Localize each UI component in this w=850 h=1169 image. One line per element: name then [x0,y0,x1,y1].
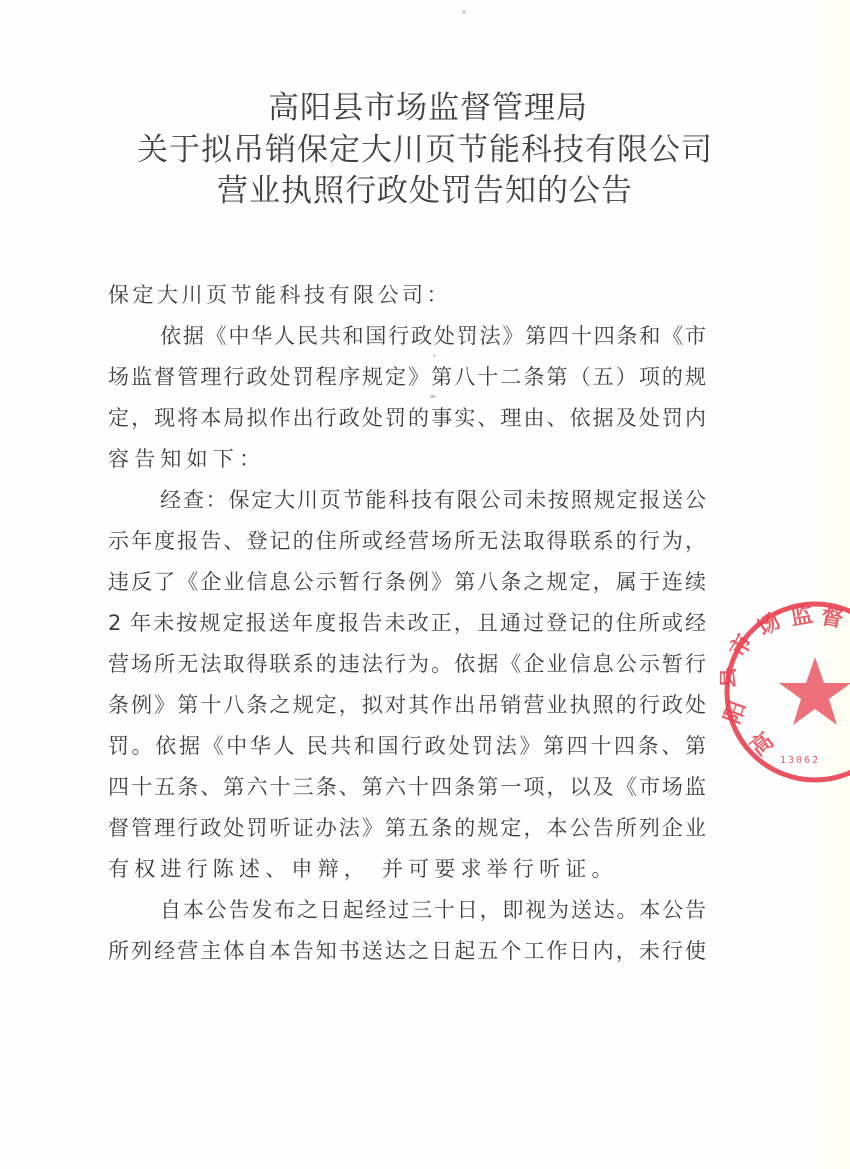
svg-text:市: 市 [726,630,759,662]
paragraph-1-line-1: 依据《中华人民共和国行政处罚法》第四十四条和《市 [108,316,706,357]
official-seal: 高 阳 县 市 场 监 督 13062 [720,597,850,787]
paragraph-2-line-2: 示年度报告、登记的住所或经营场所无法取得联系的行为， [108,521,706,562]
paragraph-2-line-7: 罚。依据《中华人 民共和国行政处罚法》第四十四条、第 [108,726,706,767]
addressee: 保定大川页节能科技有限公司： [108,275,706,316]
paragraph-3-line-2: 所列经营主体自本告知书送达之日起五个工作日内，未行使 [108,931,706,972]
paragraph-2-line-1: 经查：保定大川页节能科技有限公司未按照规定报送公 [108,480,706,521]
paragraph-2-line-6: 条例》第十八条之规定，拟对其作出吊销营业执照的行政处 [108,685,706,726]
svg-text:县: 县 [720,667,740,689]
paragraph-1-line-4: 容告知如下： [108,439,706,480]
document-body: 保定大川页节能科技有限公司： 依据《中华人民共和国行政处罚法》第四十四条和《市 … [108,275,708,972]
paragraph-2-line-4: 2 年未按规定报送年度报告未改正，且通过登记的住所或经 [108,603,706,644]
svg-text:阳: 阳 [720,698,751,727]
seal-number: 13062 [780,755,820,766]
svg-text:高: 高 [745,728,779,762]
svg-text:督: 督 [819,603,845,632]
scan-speck [462,10,466,14]
svg-text:场: 场 [753,609,785,642]
paragraph-2-line-5: 营场所无法取得联系的违法行为。依据《企业信息公示暂行 [108,644,706,685]
star-icon [779,657,850,725]
paragraph-2-line-10: 有权进行陈述、申辩， 并可要求举行听证。 [108,849,706,890]
paragraph-2-line-8: 四十五条、第六十三条、第六十四条第一项，以及《市场监 [108,767,706,808]
scanned-page: 高阳县市场监督管理局 关于拟吊销保定大川页节能科技有限公司 营业执照行政处罚告知… [0,0,850,1169]
paragraph-1-line-2: 场监督管理行政处罚程序规定》第八十二条第（五）项的规 [108,357,706,398]
paragraph-2-line-3: 违反了《企业信息公示暂行条例》第八条之规定，属于连续 [108,562,706,603]
paragraph-3-line-1: 自本公告发布之日起经过三十日，即视为送达。本公告 [108,890,706,931]
paragraph-1-line-3: 定，现将本局拟作出行政处罚的事实、理由、依据及处罚内 [108,398,706,439]
title-line-2: 关于拟吊销保定大川页节能科技有限公司 [0,130,850,172]
paragraph-2-line-9: 督管理行政处罚听证办法》第五条的规定，本公告所列企业 [108,808,706,849]
title-line-1: 高阳县市场监督管理局 [0,88,850,130]
svg-text:监: 监 [789,601,815,630]
document-title: 高阳县市场监督管理局 关于拟吊销保定大川页节能科技有限公司 营业执照行政处罚告知… [0,88,850,213]
title-line-3: 营业执照行政处罚告知的公告 [0,171,850,213]
